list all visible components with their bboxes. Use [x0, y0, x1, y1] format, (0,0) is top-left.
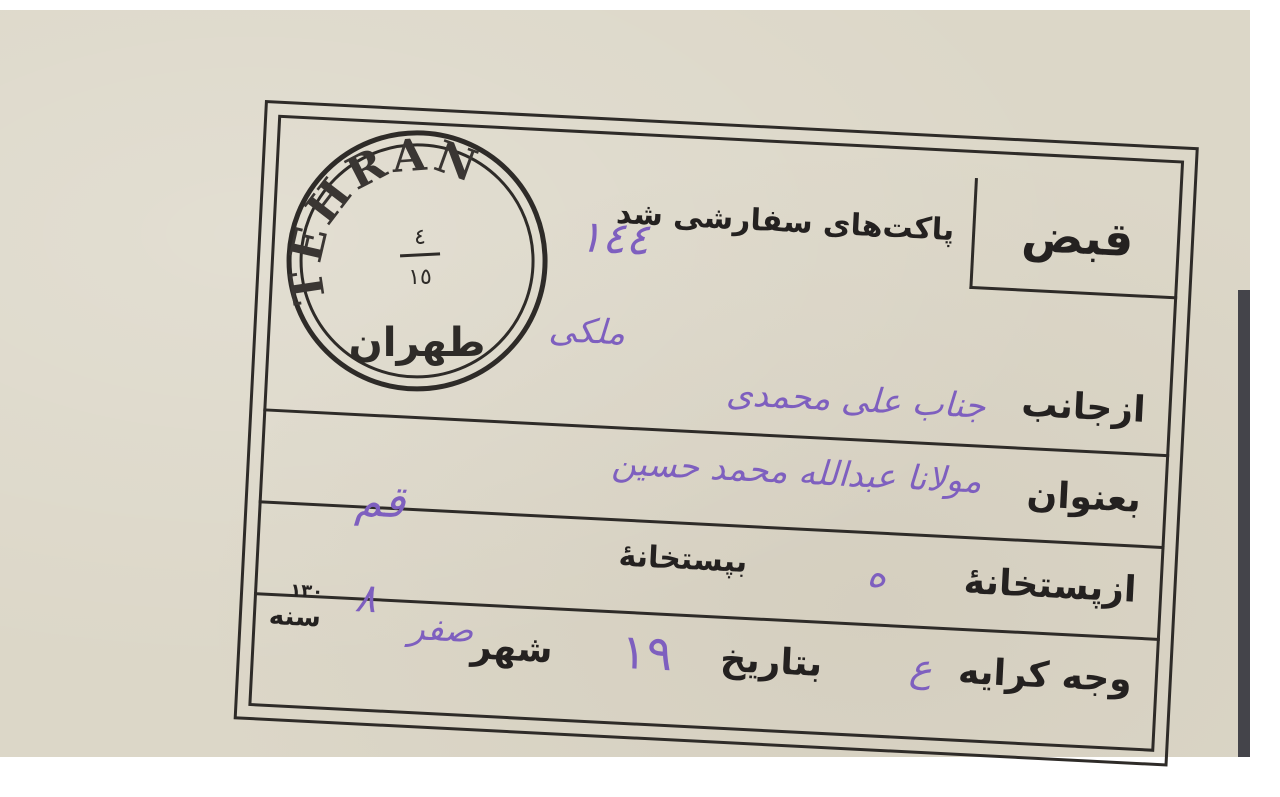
date-day: ١٩ [620, 624, 674, 683]
tehran-postmark: TEHRAN ٤ ١٥ طهران [282, 126, 552, 396]
scan-shadow-edge [1238, 290, 1250, 757]
handwritten-note: ملکی [548, 310, 627, 354]
handwritten-number: ١٤٤ [577, 211, 650, 266]
from-post-office-label: ازپستخانهٔ [963, 561, 1138, 611]
svg-text:٤: ٤ [414, 225, 426, 250]
to-label: بعنوان [1026, 474, 1142, 521]
month-label: شهر [470, 626, 554, 671]
month-value: صفر [408, 608, 475, 651]
fee-label: وجه کرایه [957, 651, 1133, 701]
year-handwritten: ٨ [354, 575, 378, 622]
receipt-form: قبض پاکت‌های سفارشی شد TEHRAN ٤ ١٥ طهران… [234, 100, 1199, 767]
receipt-label-box: قبض [969, 178, 1182, 299]
date-label: بتاریخ [719, 639, 823, 685]
svg-text:TEHRAN: TEHRAN [280, 129, 487, 307]
fee-value: ع [908, 645, 933, 690]
receipt-label: قبض [1020, 207, 1134, 267]
svg-text:١٥: ١٥ [408, 265, 432, 290]
postmark-circle-icon: TEHRAN ٤ ١٥ طهران [282, 126, 552, 396]
to-post-office-value: قم [354, 475, 407, 528]
from-label: ازجانب [1020, 384, 1146, 431]
to-post-office-label: بپستخانهٔ [618, 539, 748, 580]
svg-text:طهران: طهران [349, 320, 486, 366]
from-post-office-value: ه [866, 551, 888, 596]
year-label: سنه [268, 601, 321, 634]
year-printed: ١٣٠ [290, 580, 324, 603]
